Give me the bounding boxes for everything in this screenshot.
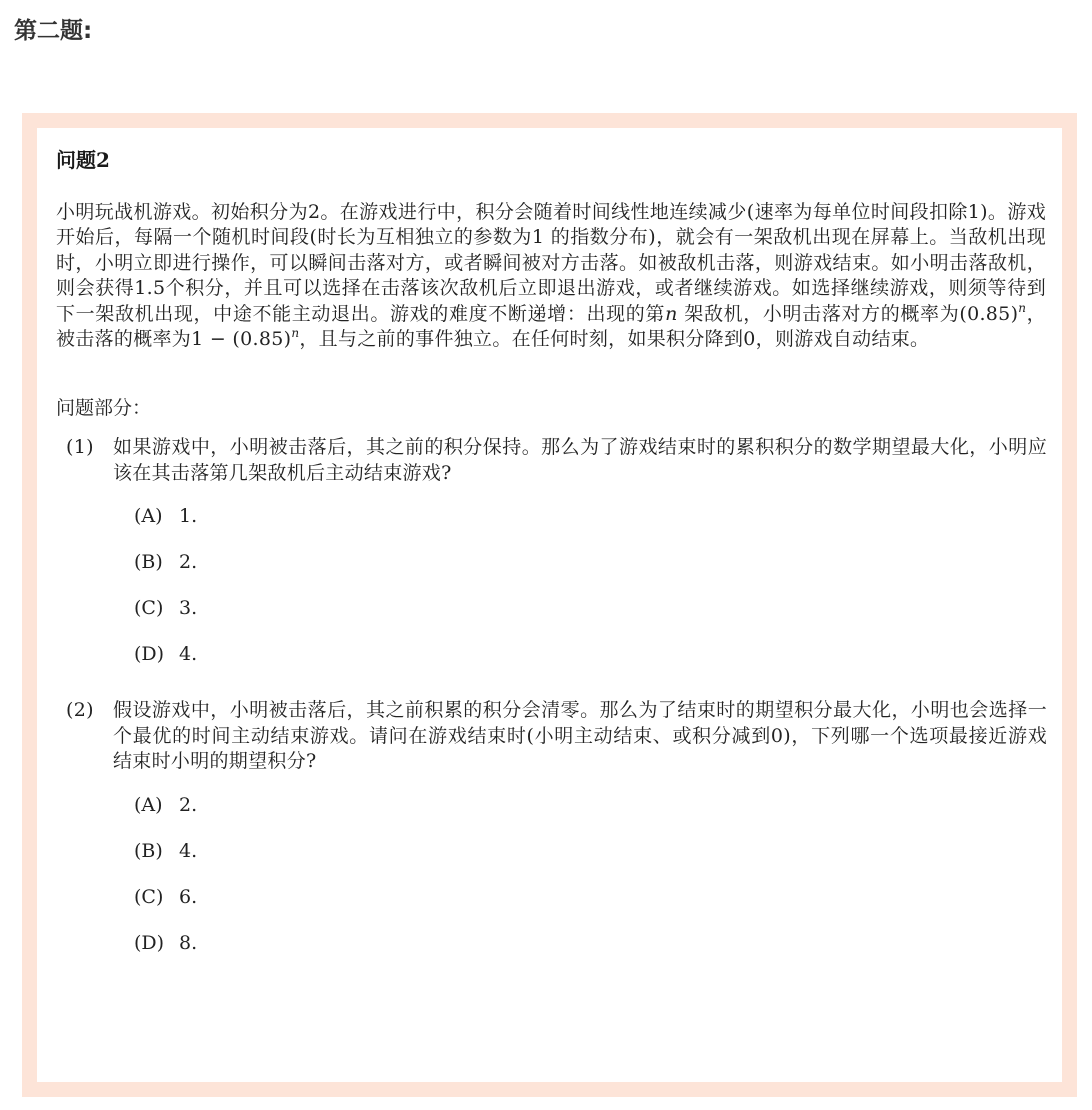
option-value: 4.: [179, 643, 197, 665]
question-2-options: (A)2. (B)4. (C)6. (D)8.: [56, 793, 1042, 977]
option-letter: (D): [134, 642, 179, 667]
statement-text-2: 架敌机，小明击落对方的概率为(0.85): [678, 303, 1019, 325]
option-letter: (B): [134, 839, 179, 864]
option-letter: (A): [134, 504, 179, 529]
option-a[interactable]: (A)1.: [56, 504, 1042, 550]
statement-text-4: ，且与之前的事件独立。在任何时刻，如果积分降到0，则游戏自动结束。: [299, 328, 929, 350]
option-value: 6.: [179, 886, 197, 908]
question-1-options: (A)1. (B)2. (C)3. (D)4.: [56, 504, 1042, 688]
problem-statement: 小明玩战机游戏。初始积分为2。在游戏进行中，积分会随着时间线性地连续减少(速率为…: [56, 200, 1046, 353]
question-2: (2) 假设游戏中，小明被击落后，其之前积累的积分会清零。那么为了结束时的期望积…: [56, 698, 1047, 775]
problem-box: 问题2 小明玩战机游戏。初始积分为2。在游戏进行中，积分会随着时间线性地连续减少…: [22, 113, 1077, 1097]
option-value: 2.: [179, 551, 197, 573]
problem-content: 问题2 小明玩战机游戏。初始积分为2。在游戏进行中，积分会随着时间线性地连续减少…: [37, 128, 1062, 1082]
option-d[interactable]: (D)8.: [56, 931, 1042, 977]
option-value: 2.: [179, 794, 197, 816]
option-letter: (C): [134, 596, 179, 621]
option-letter: (B): [134, 550, 179, 575]
option-value: 1.: [179, 505, 197, 527]
math-variable-n: n: [665, 303, 678, 325]
question-number: (2): [66, 698, 94, 724]
option-c[interactable]: (C)3.: [56, 596, 1042, 642]
option-letter: (A): [134, 793, 179, 818]
option-d[interactable]: (D)4.: [56, 642, 1042, 688]
option-letter: (C): [134, 885, 179, 910]
option-value: 4.: [179, 840, 197, 862]
option-value: 3.: [179, 597, 197, 619]
question-text: 如果游戏中，小明被击落后，其之前的积分保持。那么为了游戏结束时的累积积分的数学期…: [113, 436, 1047, 484]
option-c[interactable]: (C)6.: [56, 885, 1042, 931]
section-heading: 第二题:: [14, 12, 92, 45]
option-value: 8.: [179, 932, 197, 954]
problem-title: 问题2: [56, 148, 1042, 174]
question-text: 假设游戏中，小明被击落后，其之前积累的积分会清零。那么为了结束时的期望积分最大化…: [113, 699, 1047, 772]
option-letter: (D): [134, 931, 179, 956]
question-1: (1) 如果游戏中，小明被击落后，其之前的积分保持。那么为了游戏结束时的累积积分…: [56, 435, 1047, 486]
option-a[interactable]: (A)2.: [56, 793, 1042, 839]
question-number: (1): [66, 435, 94, 461]
option-b[interactable]: (B)4.: [56, 839, 1042, 885]
parts-label: 问题部分：: [56, 396, 1042, 422]
option-b[interactable]: (B)2.: [56, 550, 1042, 596]
